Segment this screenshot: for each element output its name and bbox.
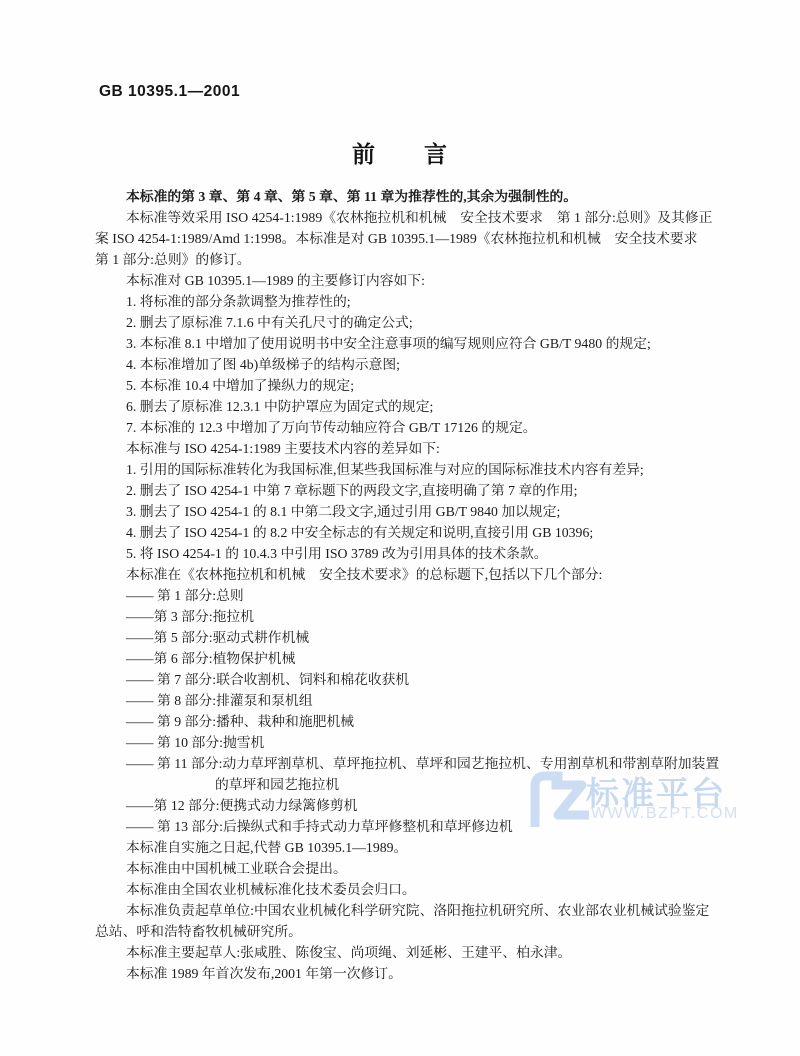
- text-line: —— 第 10 部分:抛雪机: [95, 732, 735, 753]
- text-line: ——第 3 部分:拖拉机: [95, 606, 735, 627]
- text-line: 本标准等效采用 ISO 4254-1:1989《农林拖拉机和机械 安全技术要求 …: [95, 207, 735, 228]
- text-line: 本标准自实施之日起,代替 GB 10395.1—1989。: [95, 837, 735, 858]
- text-line: 1. 引用的国际标准转化为我国标准,但某些我国标准与对应的国际标准技术内容有差异…: [95, 459, 735, 480]
- text-line: 本标准负责起草单位:中国农业机械化科学研究院、洛阳拖拉机研究所、农业部农业机械试…: [95, 900, 735, 921]
- text-line: 第 1 部分:总则》的修订。: [95, 249, 735, 270]
- text-line: 案 ISO 4254-1:1989/Amd 1:1998。本标准是对 GB 10…: [95, 228, 735, 249]
- text-line: 的草坪和园艺拖拉机: [95, 774, 735, 795]
- text-line: 4. 本标准增加了图 4b)单级梯子的结构示意图;: [95, 354, 735, 375]
- text-line: 6. 删去了原标准 12.3.1 中防护罩应为固定式的规定;: [95, 396, 735, 417]
- text-line: 3. 删去了 ISO 4254-1 的 8.1 中第二段文字,通过引用 GB/T…: [95, 501, 735, 522]
- text-line: —— 第 11 部分:动力草坪割草机、草坪拖拉机、草坪和园艺拖拉机、专用割草机和…: [95, 753, 735, 774]
- document-page: GB 10395.1—2001 前 言 标准平台 WWW.BZPT.COM 本标…: [0, 0, 800, 1056]
- text-line: 2. 删去了 ISO 4254-1 中第 7 章标题下的两段文字,直接明确了第 …: [95, 480, 735, 501]
- page-title: 前 言: [0, 136, 800, 169]
- document-body: 本标准的第 3 章、第 4 章、第 5 章、第 11 章为推荐性的,其余为强制性…: [95, 186, 735, 984]
- text-line: ——第 12 部分:便携式动力绿篱修剪机: [95, 795, 735, 816]
- text-line: —— 第 13 部分:后操纵式和手持式动力草坪修整机和草坪修边机: [95, 816, 735, 837]
- text-line: ——第 6 部分:植物保护机械: [95, 648, 735, 669]
- text-line: 本标准与 ISO 4254-1:1989 主要技术内容的差异如下:: [95, 438, 735, 459]
- text-line: 2. 删去了原标准 7.1.6 中有关孔尺寸的确定公式;: [95, 312, 735, 333]
- text-line: 1. 将标准的部分条款调整为推荐性的;: [95, 291, 735, 312]
- text-line: —— 第 7 部分:联合收割机、饲料和棉花收获机: [95, 669, 735, 690]
- text-line: 本标准由全国农业机械标准化技术委员会归口。: [95, 879, 735, 900]
- text-line: —— 第 9 部分:播种、栽种和施肥机械: [95, 711, 735, 732]
- text-line: 本标准的第 3 章、第 4 章、第 5 章、第 11 章为推荐性的,其余为强制性…: [95, 186, 735, 207]
- text-line: 本标准主要起草人:张咸胜、陈俊宝、尚项绳、刘延彬、王建平、柏永津。: [95, 942, 735, 963]
- text-line: 本标准由中国机械工业联合会提出。: [95, 858, 735, 879]
- text-line: 本标准对 GB 10395.1—1989 的主要修订内容如下:: [95, 270, 735, 291]
- text-line: 4. 删去了 ISO 4254-1 的 8.2 中安全标志的有关规定和说明,直接…: [95, 522, 735, 543]
- text-line: —— 第 8 部分:排灌泵和泵机组: [95, 690, 735, 711]
- text-line: 5. 将 ISO 4254-1 的 10.4.3 中引用 ISO 3789 改为…: [95, 543, 735, 564]
- text-line: 5. 本标准 10.4 中增加了操纵力的规定;: [95, 375, 735, 396]
- text-line: 本标准 1989 年首次发布,2001 年第一次修订。: [95, 963, 735, 984]
- text-line: 3. 本标准 8.1 中增加了使用说明书中安全注意事项的编写规则应符合 GB/T…: [95, 333, 735, 354]
- text-line: 本标准在《农林拖拉机和机械 安全技术要求》的总标题下,包括以下几个部分:: [95, 564, 735, 585]
- text-line: 总站、呼和浩特畜牧机械研究所。: [95, 921, 735, 942]
- text-line: ——第 5 部分:驱动式耕作机械: [95, 627, 735, 648]
- standard-number: GB 10395.1—2001: [99, 83, 240, 101]
- text-line: 7. 本标准的 12.3 中增加了万向节传动轴应符合 GB/T 17126 的规…: [95, 417, 735, 438]
- text-line: —— 第 1 部分:总则: [95, 585, 735, 606]
